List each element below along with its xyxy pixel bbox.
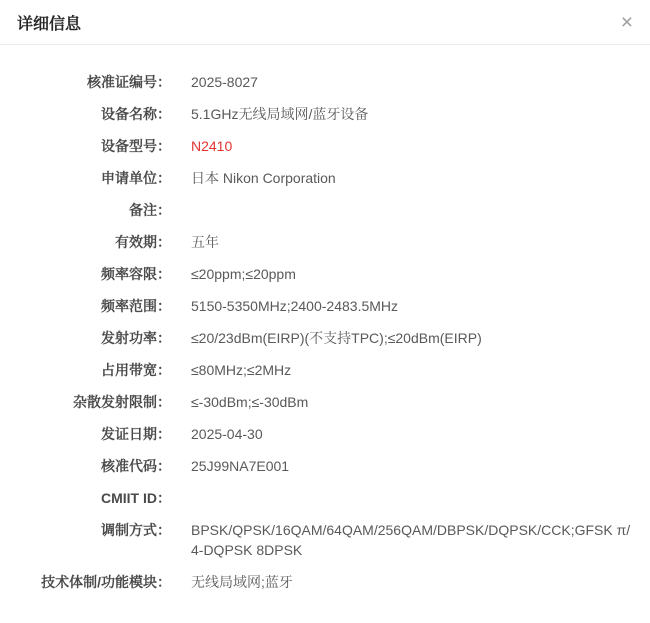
field-row: 设备名称：5.1GHz无线局域网/蓝牙设备 <box>16 104 634 124</box>
field-row: CMIIT ID： <box>16 488 634 508</box>
field-row: 备注： <box>16 200 634 220</box>
field-label: 设备名称： <box>16 104 171 124</box>
field-value: ≤20ppm;≤20ppm <box>191 264 634 284</box>
field-value <box>191 200 634 220</box>
dialog-header: 详细信息 × <box>0 0 650 45</box>
field-label: 技术体制/功能模块： <box>16 572 171 592</box>
field-row: 发证日期：2025-04-30 <box>16 424 634 444</box>
field-value: 25J99NA7E001 <box>191 456 634 476</box>
field-row: 技术体制/功能模块：无线局域网;蓝牙 <box>16 572 634 592</box>
field-value: 日本 Nikon Corporation <box>191 168 634 188</box>
field-label: 占用带宽： <box>16 360 171 380</box>
field-label: 备注： <box>16 200 171 220</box>
field-row: 申请单位：日本 Nikon Corporation <box>16 168 634 188</box>
field-row: 调制方式：BPSK/QPSK/16QAM/64QAM/256QAM/DBPSK/… <box>16 520 634 560</box>
field-value: 无线局域网;蓝牙 <box>191 572 634 592</box>
field-value: 5.1GHz无线局域网/蓝牙设备 <box>191 104 634 124</box>
field-value: N2410 <box>191 136 634 156</box>
field-row: 核准代码：25J99NA7E001 <box>16 456 634 476</box>
field-label: 发证日期： <box>16 424 171 444</box>
field-value: ≤20/23dBm(EIRP)(不支持TPC);≤20dBm(EIRP) <box>191 328 634 348</box>
field-row: 占用带宽：≤80MHz;≤2MHz <box>16 360 634 380</box>
field-label: 调制方式： <box>16 520 171 540</box>
field-value: 五年 <box>191 232 634 252</box>
field-label: 发射功率： <box>16 328 171 348</box>
field-value: 2025-8027 <box>191 72 634 92</box>
field-value: 2025-04-30 <box>191 424 634 444</box>
field-value <box>191 488 634 508</box>
field-value: BPSK/QPSK/16QAM/64QAM/256QAM/DBPSK/DQPSK… <box>191 520 634 560</box>
fields-list: 核准证编号：2025-8027设备名称：5.1GHz无线局域网/蓝牙设备设备型号… <box>0 45 650 620</box>
field-label: 频率容限： <box>16 264 171 284</box>
field-label: 核准证编号： <box>16 72 171 92</box>
detail-dialog: 详细信息 × 核准证编号：2025-8027设备名称：5.1GHz无线局域网/蓝… <box>0 0 650 623</box>
field-value: ≤-30dBm;≤-30dBm <box>191 392 634 412</box>
field-label: 有效期： <box>16 232 171 252</box>
field-label: 设备型号： <box>16 136 171 156</box>
field-value: 5150-5350MHz;2400-2483.5MHz <box>191 296 634 316</box>
dialog-title: 详细信息 <box>17 11 81 34</box>
close-icon[interactable]: × <box>621 12 633 33</box>
field-row: 核准证编号：2025-8027 <box>16 72 634 92</box>
field-row: 有效期：五年 <box>16 232 634 252</box>
field-row: 频率范围：5150-5350MHz;2400-2483.5MHz <box>16 296 634 316</box>
field-label: 申请单位： <box>16 168 171 188</box>
field-row: 杂散发射限制：≤-30dBm;≤-30dBm <box>16 392 634 412</box>
field-row: 频率容限：≤20ppm;≤20ppm <box>16 264 634 284</box>
field-label: 核准代码： <box>16 456 171 476</box>
field-label: CMIIT ID： <box>16 488 171 508</box>
field-label: 杂散发射限制： <box>16 392 171 412</box>
field-row: 发射功率：≤20/23dBm(EIRP)(不支持TPC);≤20dBm(EIRP… <box>16 328 634 348</box>
field-value: ≤80MHz;≤2MHz <box>191 360 634 380</box>
field-row: 设备型号：N2410 <box>16 136 634 156</box>
field-label: 频率范围： <box>16 296 171 316</box>
